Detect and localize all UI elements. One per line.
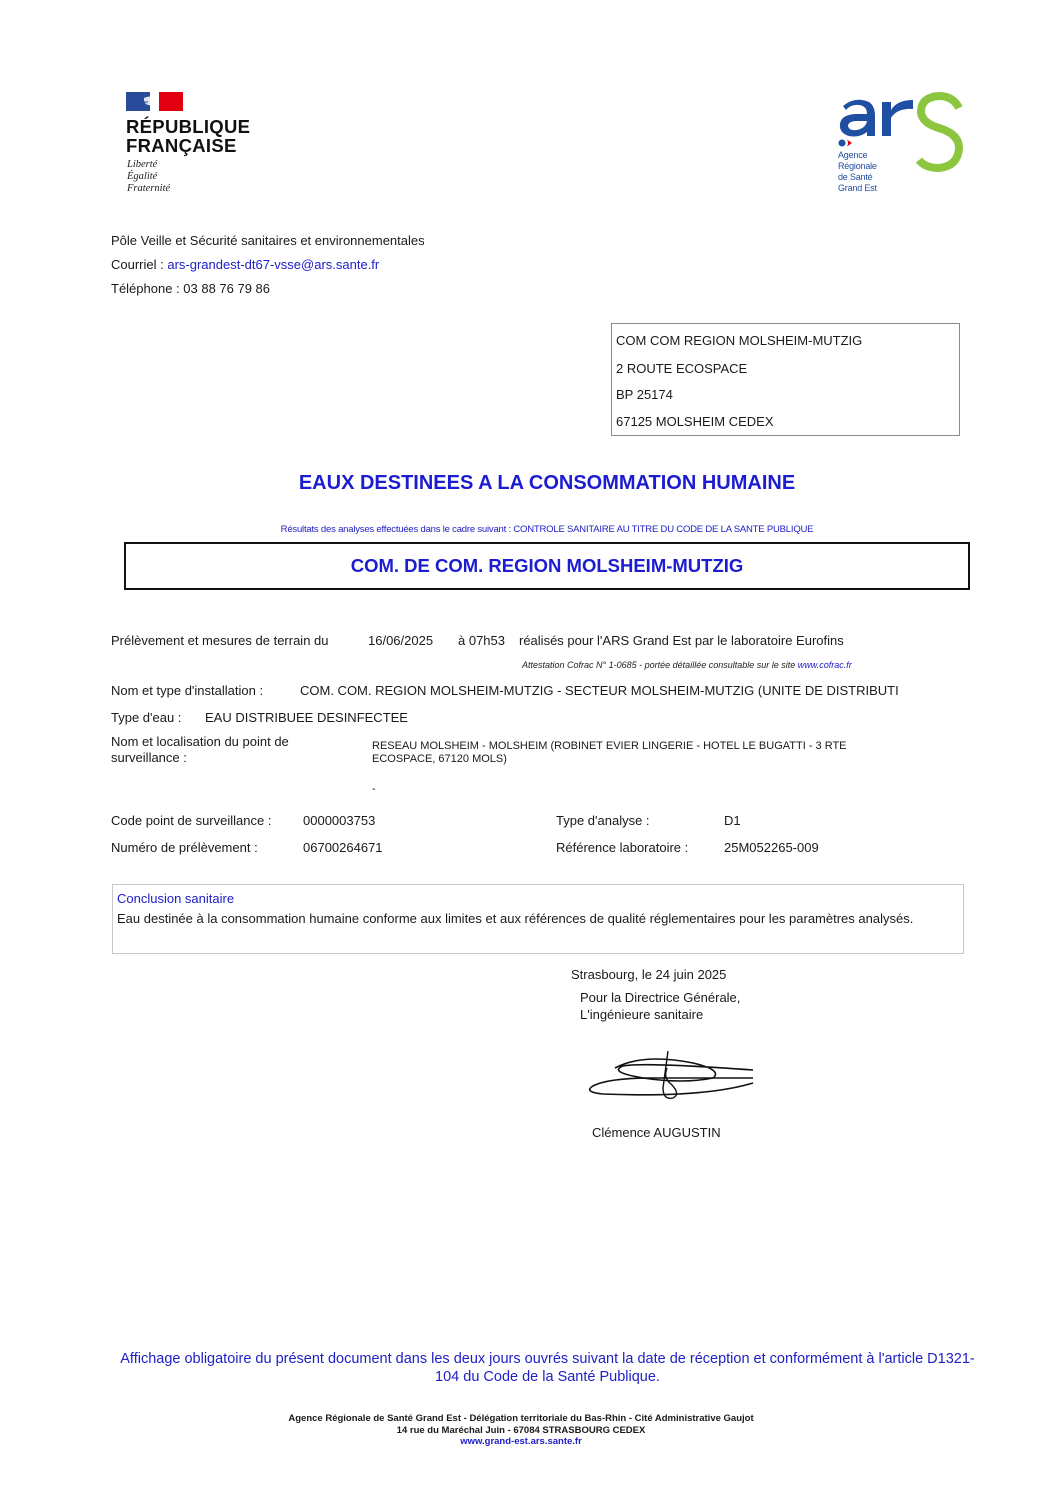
footer-website-link[interactable]: www.grand-est.ars.sante.fr (0, 1436, 1042, 1448)
conclusion-title: Conclusion sanitaire (117, 891, 234, 906)
point-code-value: 0000003753 (303, 813, 375, 828)
republique-title: RÉPUBLIQUE FRANÇAISE (126, 117, 250, 155)
address-line: COM COM REGION MOLSHEIM-MUTZIG (616, 333, 862, 348)
sampling-by: réalisés pour l'ARS Grand Est par le lab… (519, 633, 844, 648)
point-code-label: Code point de surveillance : (111, 813, 271, 828)
sampling-label: Prélèvement et mesures de terrain du (111, 633, 329, 648)
entity-name: COM. DE COM. REGION MOLSHEIM-MUTZIG (126, 544, 968, 588)
footer-line-2: 14 rue du Maréchal Juin - 67084 STRASBOU… (0, 1425, 1042, 1437)
lab-reference-label: Référence laboratoire : (556, 840, 688, 855)
conclusion-text: Eau destinée à la consommation humaine c… (117, 910, 947, 927)
republique-motto: Liberté Égalité Fraternité (127, 159, 170, 195)
cofrac-link[interactable]: www.cofrac.fr (798, 660, 852, 670)
email-link[interactable]: ars-grandest-dt67-vsse@ars.sante.fr (167, 257, 379, 272)
address-line: 2 ROUTE ECOSPACE (616, 361, 747, 376)
signatory-title: Pour la Directrice Générale, L'ingénieur… (580, 989, 740, 1023)
cofrac-attestation: Attestation Cofrac N° 1-0685 - portée dé… (522, 660, 852, 670)
document-subtitle: Résultats des analyses effectuées dans l… (0, 524, 1058, 535)
surveillance-point-value: RESEAU MOLSHEIM - MOLSHEIM (ROBINET EVIE… (372, 740, 847, 766)
place-date: Strasbourg, le 24 juin 2025 (571, 967, 726, 982)
analysis-type-label: Type d'analyse : (556, 813, 650, 828)
sampling-time: à 07h53 (458, 633, 505, 648)
phone-line: Téléphone : 03 88 76 79 86 (111, 281, 270, 296)
installation-value: COM. COM. REGION MOLSHEIM-MUTZIG - SECTE… (300, 683, 954, 698)
address-line: 67125 MOLSHEIM CEDEX (616, 414, 774, 429)
sample-number-value: 06700264671 (303, 840, 383, 855)
marianne-flag-icon (126, 92, 183, 111)
handwritten-signature-icon (583, 1048, 758, 1103)
conclusion-box: Conclusion sanitaire Eau destinée à la c… (112, 884, 964, 954)
signatory-name: Clémence AUGUSTIN (592, 1125, 721, 1140)
sample-number-label: Numéro de prélèvement : (111, 840, 258, 855)
lab-reference-value: 25M052265-009 (724, 840, 819, 855)
footer-line-1: Agence Régionale de Santé Grand Est - Dé… (0, 1413, 1042, 1425)
ars-agency-label: Agence Régionale de Santé Grand Est (838, 139, 877, 194)
water-type-value: EAU DISTRIBUEE DESINFECTEE (205, 710, 408, 725)
surveillance-point-label: Nom et localisation du point de surveill… (111, 734, 289, 766)
email-line: Courriel : ars-grandest-dt67-vsse@ars.sa… (111, 257, 379, 272)
ars-dots-icon (838, 139, 854, 150)
document-title: EAUX DESTINEES A LA CONSOMMATION HUMAINE (0, 472, 1058, 495)
installation-label: Nom et type d'installation : (111, 683, 263, 698)
recipient-address-box: COM COM REGION MOLSHEIM-MUTZIG 2 ROUTE E… (611, 323, 960, 436)
surveillance-point-extra: - (372, 783, 376, 795)
sampling-date: 16/06/2025 (368, 633, 433, 648)
water-type-label: Type d'eau : (111, 710, 181, 725)
analysis-type-value: D1 (724, 813, 741, 828)
footer: Agence Régionale de Santé Grand Est - Dé… (0, 1413, 1042, 1448)
department-name: Pôle Veille et Sécurité sanitaires et en… (111, 233, 425, 248)
mandatory-display-notice: Affichage obligatoire du présent documen… (120, 1350, 975, 1386)
entity-name-box: COM. DE COM. REGION MOLSHEIM-MUTZIG (124, 542, 970, 590)
address-line: BP 25174 (616, 387, 673, 402)
